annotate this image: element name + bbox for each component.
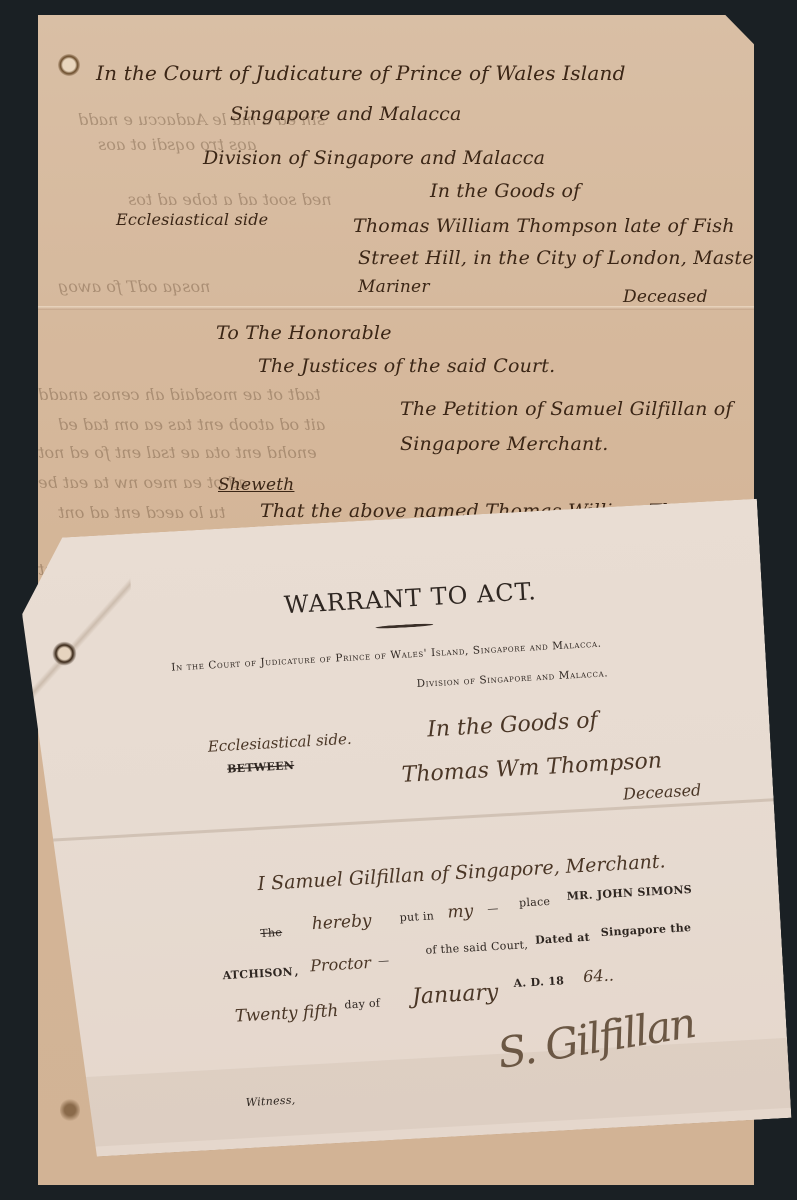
address-line1: To The Honorable: [216, 322, 392, 344]
goods-of-heading: In the Goods of: [427, 708, 599, 742]
deceased-name: Thomas Wm Thompson: [401, 748, 663, 788]
bleed-through-text: tadt ot ae mosdaid ah cenos anadd: [38, 385, 321, 404]
deceased-name-line3: Mariner: [358, 277, 430, 297]
hereby-field: hereby: [311, 911, 372, 934]
day-field: Twenty fifth: [234, 1001, 339, 1027]
bleed-through-text: ad ot ea meo nw ta eat be: [38, 473, 248, 492]
anno-domini-label: A. D. 18: [513, 974, 564, 990]
ecclesiastical-side-label: Ecclesiastical side.: [207, 730, 352, 756]
address-line2: The Justices of the said Court.: [258, 355, 555, 377]
warrant-to-act-form: WARRANT TO ACT. In the Court of Judicatu…: [18, 499, 791, 1159]
bleed-through-text: nosqa odT fo awog: [58, 277, 210, 296]
proctor-field: Proctor: [310, 953, 372, 975]
bleed-through-text: ned soot ad a tobe ad tos: [128, 190, 332, 209]
year-field: 64..: [583, 965, 615, 986]
bleed-through-text: enohd ent ota ae tsal ent fo ed not: [38, 443, 317, 462]
stain-mark: [60, 1098, 80, 1122]
petition-of-line1: The Petition of Samuel Gilfillan of: [400, 398, 733, 420]
between-struck-label: BETWEEN: [227, 759, 295, 776]
title-ornament-divider: [375, 623, 433, 629]
deceased-label: Deceased: [623, 287, 708, 307]
petition-of-line2: Singapore Merchant.: [400, 433, 609, 455]
witness-label: Witness,: [245, 1093, 295, 1109]
place-name-label: Singapore the: [600, 921, 691, 939]
court-heading-line2: Singapore and Malacca: [230, 103, 462, 125]
bleed-through-text: ait od atoob ent tas ea om tad ed: [58, 415, 325, 434]
goods-of-heading: In the Goods of: [430, 180, 580, 202]
dated-at-label: Dated at: [535, 931, 591, 947]
dash-separator: —: [378, 954, 390, 968]
sheweth-label: Sheweth: [218, 475, 294, 495]
of-court-label: of the said Court,: [425, 938, 528, 957]
warrant-title: WARRANT TO ACT.: [283, 577, 537, 619]
court-heading-line1: In the Court of Judicature of Prince of …: [96, 61, 626, 85]
put-in-label: put in: [399, 909, 434, 924]
the-struck-label: The: [260, 926, 283, 940]
deceased-name-line2: Street Hill, in the City of London, Mast…: [358, 247, 763, 269]
my-field: my: [447, 901, 474, 922]
place-label: place: [519, 895, 551, 910]
ecclesiastical-side-label: Ecclesiastical side: [116, 210, 268, 229]
proctor-name-line2: ATCHISON: [222, 965, 293, 982]
division-line: Division of Singapore and Malacca.: [416, 667, 608, 690]
corner-fold-line: [18, 534, 140, 750]
deceased-label: Deceased: [623, 780, 702, 803]
division-heading: Division of Singapore and Malacca: [203, 147, 545, 169]
deceased-name-line1: Thomas William Thompson late of Fish: [353, 215, 735, 237]
fold-line: [35, 798, 774, 842]
dash-separator: —: [487, 902, 499, 916]
month-field: January: [411, 980, 499, 1010]
binding-hole-icon: [58, 54, 80, 76]
comma-separator: ,: [294, 965, 299, 978]
bleed-through-text: tu lo aecd ent ad ont: [58, 503, 225, 522]
day-of-label: day of: [344, 997, 380, 1012]
proctor-name-line1: MR. JOHN SIMONS: [566, 883, 692, 903]
court-line: In the Court of Judicature of Prince of …: [171, 638, 602, 674]
